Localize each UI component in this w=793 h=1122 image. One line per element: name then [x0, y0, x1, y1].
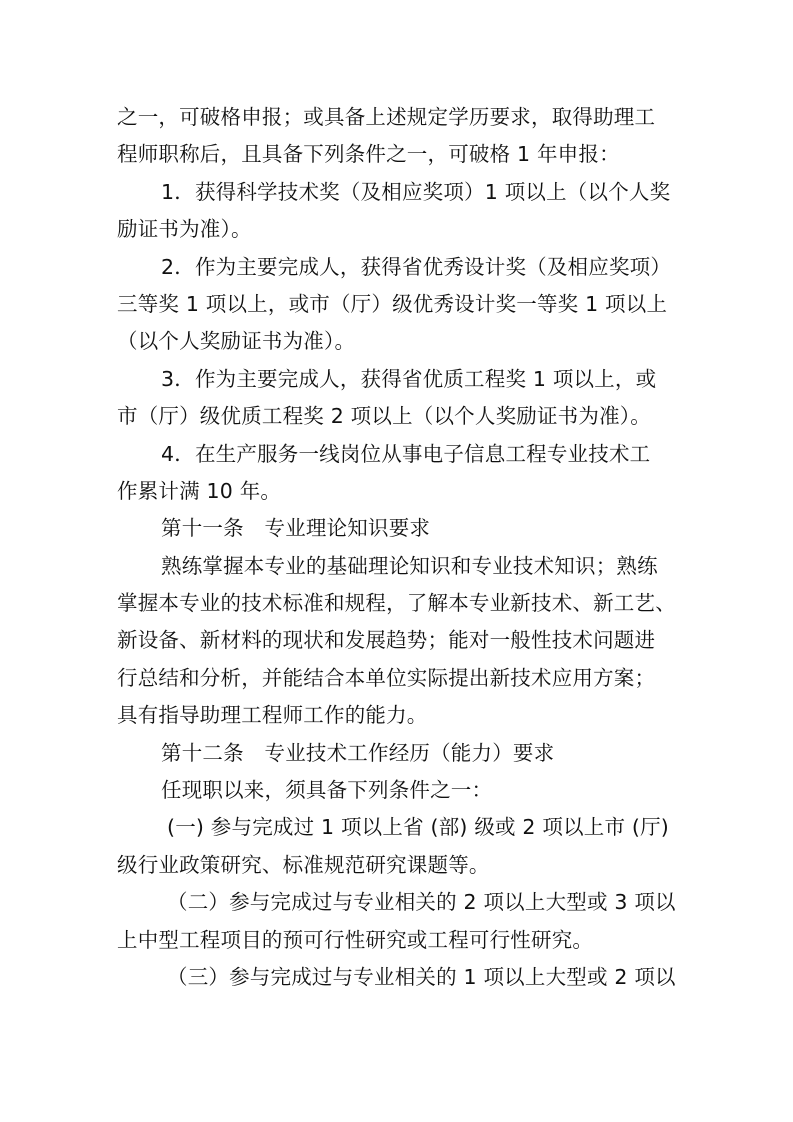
paragraph-start: 熟练掌握本专业的基础理论知识和专业技术知识；熟练 — [117, 548, 677, 585]
text-line: 上中型工程项目的预可行性研究或工程可行性研究。 — [117, 922, 677, 959]
condition-item-1: (一) 参与完成过 1 项以上省 (部) 级或 2 项以上市 (厅) — [117, 809, 677, 846]
paragraph-start: 任现职以来，须具备下列条件之一： — [117, 772, 677, 809]
text-line: 市（厅）级优质工程奖 2 项以上（以个人奖励证书为准）。 — [117, 398, 677, 435]
text-line: 掌握本专业的技术标准和规程，了解本专业新技术、新工艺、 — [117, 585, 677, 622]
list-item-1: 1．获得科学技术奖（及相应奖项）1 项以上（以个人奖 — [117, 174, 677, 211]
condition-item-3: （三）参与完成过与专业相关的 1 项以上大型或 2 项以 — [117, 959, 677, 996]
article-12-heading: 第十二条 专业技术工作经历（能力）要求 — [117, 735, 677, 772]
list-item-2: 2．作为主要完成人，获得省优秀设计奖（及相应奖项） — [117, 249, 677, 286]
condition-item-2: （二）参与完成过与专业相关的 2 项以上大型或 3 项以 — [117, 884, 677, 921]
text-line: 励证书为准）。 — [117, 211, 677, 248]
text-line: 级行业政策研究、标准规范研究课题等。 — [117, 847, 677, 884]
document-page: 之一，可破格申报；或具备上述规定学历要求，取得助理工 程师职称后，且具备下列条件… — [117, 99, 677, 996]
article-11-heading: 第十一条 专业理论知识要求 — [117, 510, 677, 547]
text-line: 具有指导助理工程师工作的能力。 — [117, 697, 677, 734]
list-item-4: 4．在生产服务一线岗位从事电子信息工程专业技术工 — [117, 436, 677, 473]
text-line: 新设备、新材料的现状和发展趋势；能对一般性技术问题进 — [117, 622, 677, 659]
text-line: 行总结和分析，并能结合本单位实际提出新技术应用方案； — [117, 660, 677, 697]
text-line: 三等奖 1 项以上，或市（厅）级优秀设计奖一等奖 1 项以上 — [117, 286, 677, 323]
text-line: 之一，可破格申报；或具备上述规定学历要求，取得助理工 — [117, 99, 677, 136]
text-line: （以个人奖励证书为准）。 — [117, 323, 677, 360]
text-line: 程师职称后，且具备下列条件之一，可破格 1 年申报： — [117, 136, 677, 173]
list-item-3: 3．作为主要完成人，获得省优质工程奖 1 项以上，或 — [117, 361, 677, 398]
text-line: 作累计满 10 年。 — [117, 473, 677, 510]
